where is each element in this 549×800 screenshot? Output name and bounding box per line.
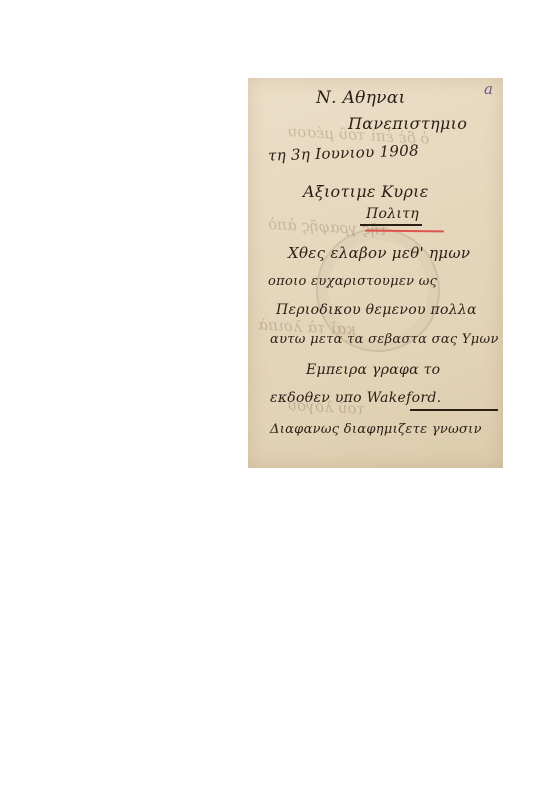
letter-body-line: Χθες ελαβον μεθ' ημων — [288, 244, 470, 262]
wakeford-underline — [410, 409, 498, 411]
letter-body-line: Εμπειρα γραφα το — [306, 362, 440, 378]
letter-body-line: Διαφανως διαφημιζετε γνωσιν — [270, 422, 482, 437]
letter-institution-line: Πανεπιστημιο — [348, 114, 467, 133]
letter-place-line: Ν. Αθηναι — [316, 88, 406, 108]
letter-body-line: οποιο ευχαριστουμεν ως — [268, 274, 437, 289]
letter-page-scan: ὁ δὲ ἐπὶ τοῦ μέσου τῆς γραφῆς ἀπὸ καὶ τὰ… — [248, 78, 503, 468]
page-corner-mark: a — [484, 80, 493, 98]
letter-date-line: τη 3η Ιουνιου 1908 — [268, 141, 419, 164]
addressee-underline — [360, 224, 422, 226]
letter-body-line: αυτω μετα τα σεβαστα σας Υμων — [270, 332, 499, 347]
letter-body-line: εκδοθεν υπο Wakeford. — [270, 390, 441, 406]
letter-addressee-title: Πολιτη — [366, 206, 419, 222]
letter-body-line: Περιοδικου θεμενου πολλα — [276, 302, 477, 318]
letter-salutation: Αξιοτιμε Κυριε — [303, 182, 429, 201]
